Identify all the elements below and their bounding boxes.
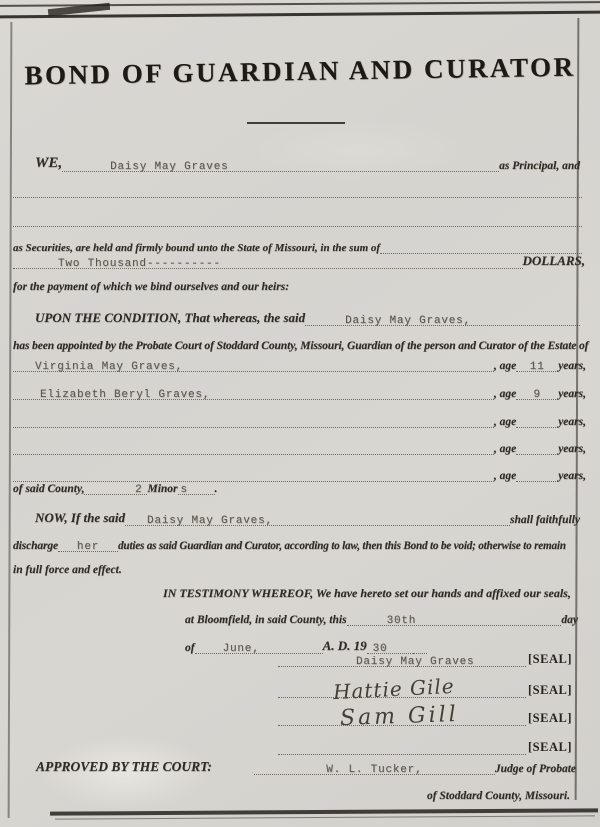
discharge-label: discharge xyxy=(13,539,58,552)
condition-clause: UPON THE CONDITION, That whereas, the sa… xyxy=(35,310,305,326)
signature-typed-value: Daisy May Graves xyxy=(356,656,474,668)
ward-row-4: , age years, xyxy=(13,441,586,455)
minors-count-value: 2 xyxy=(135,484,142,496)
judge-name-field: W. L. Tucker, xyxy=(254,761,495,775)
payment-clause: for the payment of which we bind ourselv… xyxy=(13,281,289,293)
ward-row-3: , age years, xyxy=(13,414,586,428)
signature-row-3: Sam Gill [SEAL] xyxy=(278,700,572,726)
sum-lead-field xyxy=(380,240,582,254)
dollars-label: DOLLARS, xyxy=(523,253,585,269)
discharge-row: discharge her duties as said Guardian an… xyxy=(13,538,586,552)
day-label: day xyxy=(561,614,578,626)
ward-name-value: Virginia May Graves, xyxy=(35,361,183,373)
amount-value: Two Thousand---------- xyxy=(58,258,221,270)
seal-label: [SEAL] xyxy=(528,683,572,698)
judge-subtitle-label: of Stoddard County, Missouri. xyxy=(427,790,570,802)
of-label: of xyxy=(185,642,195,654)
ward-age-field: 9 xyxy=(516,386,558,400)
seal-label: [SEAL] xyxy=(528,652,572,667)
force-clause-row: in full force and effect. xyxy=(13,564,122,576)
month-value: June, xyxy=(223,643,260,655)
securities-blank-row-1 xyxy=(13,184,582,198)
ward-age-field xyxy=(516,441,558,455)
years-label: years, xyxy=(558,416,586,428)
ward-age-field xyxy=(516,468,558,482)
form-title: BOND OF GUARDIAN AND CURATOR xyxy=(0,51,600,91)
years-label: years, xyxy=(558,470,586,482)
day-value: 30th xyxy=(387,615,417,627)
securities-blank-row-2 xyxy=(13,213,582,227)
condition-name-field: Daisy May Graves, xyxy=(305,312,580,326)
judge-title-label: Judge of Probate xyxy=(495,763,576,775)
testimony-clause: IN TESTIMONY WHEREOF, We have hereto set… xyxy=(163,586,571,601)
appointment-clause: has been appointed by the Probate Court … xyxy=(13,339,588,352)
years-label: years, xyxy=(558,388,586,400)
faithfully-label: shall faithfully xyxy=(510,514,580,526)
minor-period: . xyxy=(215,483,218,495)
right-border xyxy=(575,18,579,800)
years-label: years, xyxy=(558,360,586,372)
ward-age-value: 9 xyxy=(534,389,541,401)
title-rule xyxy=(247,122,345,124)
appointment-clause-row: has been appointed by the Probate Court … xyxy=(13,339,588,352)
now-name-field: Daisy May Graves, xyxy=(125,512,510,526)
years-label: years, xyxy=(558,443,586,455)
discharge-clause: duties as said Guardian and Curator, acc… xyxy=(118,540,566,552)
minor-suffix-value: s xyxy=(181,484,188,496)
ward-name-field xyxy=(13,441,494,455)
minors-count-field: 2 xyxy=(84,481,147,495)
bottom-border-thin xyxy=(55,815,595,819)
ward-name-field xyxy=(13,414,494,428)
approval-row: APPROVED BY THE COURT: W. L. Tucker, Jud… xyxy=(36,759,576,775)
scanned-bond-document: BOND OF GUARDIAN AND CURATOR WE, Daisy M… xyxy=(0,0,600,827)
ward-name-field: Virginia May Graves, xyxy=(13,358,494,372)
signature-handwritten-value: Sam Gill xyxy=(340,702,460,731)
left-border xyxy=(8,22,12,818)
condition-name-value: Daisy May Graves, xyxy=(345,315,471,327)
principal-row: WE, Daisy May Graves as Principal, and xyxy=(35,155,580,172)
minor-label: Minor xyxy=(147,483,177,495)
ward-age-value: 11 xyxy=(530,361,545,373)
pronoun-field: her xyxy=(58,538,118,552)
securities-name-field xyxy=(13,184,582,198)
age-label: , age xyxy=(494,360,516,372)
securities-clause-row: as Securities, are held and firmly bound… xyxy=(13,240,582,254)
payment-clause-row: for the payment of which we bind ourselv… xyxy=(13,281,289,293)
amount-row: Two Thousand---------- DOLLARS, xyxy=(13,253,585,269)
principal-name-field: Daisy May Graves xyxy=(62,158,499,172)
ward-row-5: , age years, xyxy=(13,468,586,482)
condition-row: UPON THE CONDITION, That whereas, the sa… xyxy=(35,310,580,326)
county-minors-row: of said County, 2 Minor s . xyxy=(13,481,217,495)
ward-row-1: Virginia May Graves, , age 11 years, xyxy=(13,358,586,372)
day-field: 30th xyxy=(347,612,562,626)
age-label: , age xyxy=(494,416,516,428)
signature-row-1: Daisy May Graves [SEAL] xyxy=(278,652,572,667)
signature-field xyxy=(278,741,526,755)
place-clause: at Bloomfield, in said County, this xyxy=(185,614,347,626)
ward-name-field: Elizabeth Beryl Graves, xyxy=(13,386,494,400)
now-name-value: Daisy May Graves, xyxy=(147,515,273,527)
age-label: , age xyxy=(494,388,516,400)
judge-subtitle-row: of Stoddard County, Missouri. xyxy=(0,786,570,804)
now-clause: NOW, If the said xyxy=(35,510,125,526)
place-date-row: at Bloomfield, in said County, this 30th… xyxy=(185,612,578,626)
signature-field: Hattie Gile xyxy=(278,684,526,698)
testimony-row: IN TESTIMONY WHEREOF, We have hereto set… xyxy=(163,586,582,601)
principal-name-value: Daisy May Graves xyxy=(110,161,228,173)
amount-field: Two Thousand---------- xyxy=(13,255,523,269)
force-clause: in full force and effect. xyxy=(13,564,122,576)
minor-suffix-field: s xyxy=(178,481,215,495)
pronoun-value: her xyxy=(77,541,99,553)
signature-row-4: [SEAL] xyxy=(278,740,572,755)
ward-row-2: Elizabeth Beryl Graves, , age 9 years, xyxy=(13,386,586,400)
now-row: NOW, If the said Daisy May Graves, shall… xyxy=(35,510,580,526)
approved-label: APPROVED BY THE COURT: xyxy=(36,759,212,775)
as-principal-label: as Principal, and xyxy=(499,160,580,172)
ward-age-field: 11 xyxy=(516,358,558,372)
ward-name-value: Elizabeth Beryl Graves, xyxy=(40,389,210,401)
we-label: WE, xyxy=(35,155,62,172)
seal-label: [SEAL] xyxy=(528,740,572,755)
county-clause: of said County, xyxy=(13,483,84,495)
age-label: , age xyxy=(494,470,516,482)
age-label: , age xyxy=(494,443,516,455)
signature-field: Sam Gill xyxy=(278,712,526,726)
bottom-border-thick xyxy=(50,808,598,815)
signature-row-2: Hattie Gile [SEAL] xyxy=(278,674,572,698)
judge-name-value: W. L. Tucker, xyxy=(326,764,422,776)
securities-name-field xyxy=(13,213,582,227)
ward-name-field xyxy=(13,468,494,482)
seal-label: [SEAL] xyxy=(528,711,572,726)
signature-field: Daisy May Graves xyxy=(278,653,526,667)
ward-age-field xyxy=(516,414,558,428)
